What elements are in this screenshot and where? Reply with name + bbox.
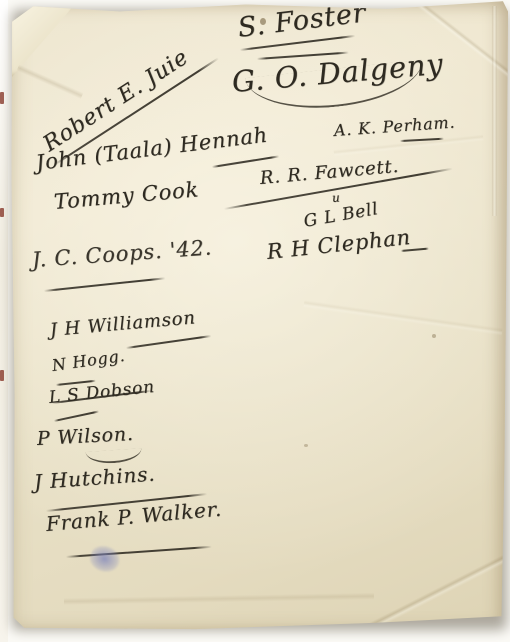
scanner-edge-mark <box>0 92 4 104</box>
paper-spot <box>432 334 436 338</box>
signature-underline <box>126 335 211 348</box>
signature-underline <box>400 138 444 142</box>
scanned-autograph-page: S. Foster Robert E. Juie G. O. Dalgeny A… <box>0 0 510 642</box>
signature-underline <box>66 546 212 558</box>
autograph-paper: S. Foster Robert E. Juie G. O. Dalgeny A… <box>4 0 508 638</box>
signature-p-wilson: P Wilson. <box>37 425 135 449</box>
signature-a-k-perham: A. K. Perham. <box>333 115 455 139</box>
signature-g-l-bell: G L Bell <box>303 201 380 231</box>
signature-underline <box>54 410 99 422</box>
signature-tommy-cook: Tommy Cook <box>53 179 200 213</box>
signature-j-hutchins: J Hutchins. <box>33 464 156 492</box>
signature-n-hogg: N Hogg. <box>51 348 126 374</box>
paper-crease <box>303 300 502 336</box>
signature-frank-p-walker: Frank P. Walker. <box>45 499 223 534</box>
paper-crease <box>64 593 374 605</box>
signature-fawcett-mark: u <box>332 191 341 204</box>
signature-r-h-clephan: R H Clephan <box>266 227 412 263</box>
blue-ink-smudge <box>86 540 130 580</box>
paper-spot <box>304 444 308 447</box>
signature-j-h-williamson: J H Williamson <box>49 309 196 340</box>
scanner-edge-mark <box>0 208 4 217</box>
paper-crease <box>17 64 84 99</box>
paper-crease <box>492 6 497 216</box>
signature-r-r-fawcett: R. R. Fawcett. <box>259 158 400 188</box>
signature-underline <box>44 277 166 292</box>
signature-j-c-coops-42: J. C. Coops. '42. <box>31 237 213 271</box>
scanner-edge-mark <box>0 370 4 381</box>
